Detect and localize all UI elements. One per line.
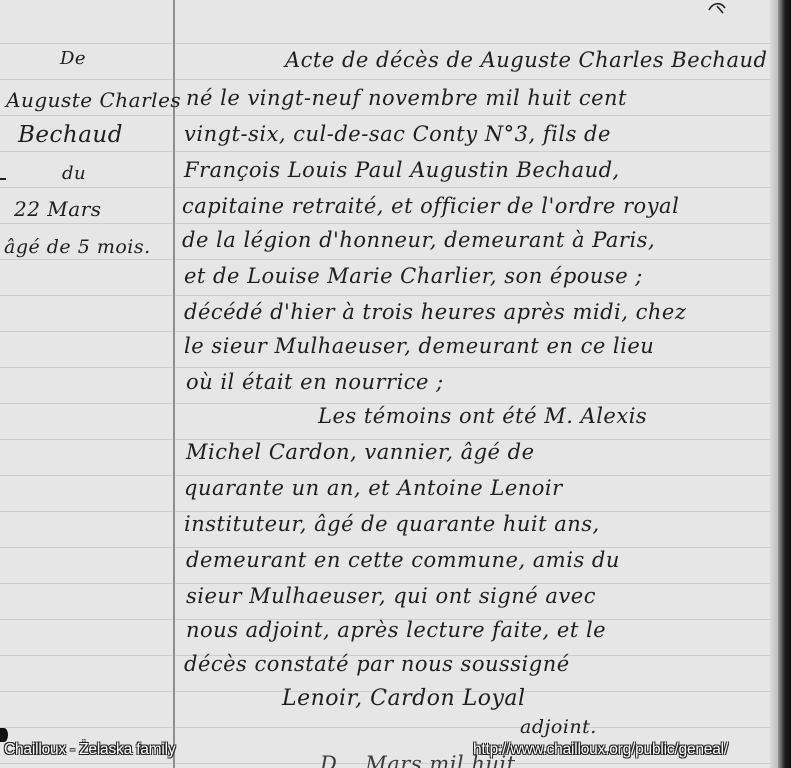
entry-line: sieur Mulhaeuser, qui ont signé avec: [186, 584, 596, 608]
watermark-url: http://www.chailloux.org/public/geneal/: [473, 741, 728, 759]
entry-line: quarante un an, et Antoine Lenoir: [184, 476, 563, 500]
entry-line: demeurant en cette commune, amis du: [186, 548, 620, 572]
margin-tick: [0, 178, 6, 180]
margin-line: âgé de 5 mois.: [4, 236, 151, 258]
margin-rule: [173, 0, 175, 768]
corner-ink-mark: [703, 0, 733, 14]
entry-line: et de Louise Marie Charlier, son épouse …: [184, 264, 643, 288]
entry-line: capitaine retraité, et officier de l'ord…: [182, 194, 679, 218]
entry-line: de la légion d'honneur, demeurant à Pari…: [182, 228, 655, 252]
signatures-line: Lenoir, Cardon Loyal: [282, 686, 526, 711]
register-page: De Auguste Charles Bechaud du 22 Mars âg…: [0, 0, 778, 768]
ink-blot: [0, 728, 8, 742]
entry-line: François Louis Paul Augustin Bechaud,: [184, 158, 620, 182]
margin-line: du: [62, 163, 86, 184]
entry-line: nous adjoint, après lecture faite, et le: [186, 618, 606, 642]
margin-line: Auguste Charles: [6, 88, 181, 112]
margin-line: 22 Mars: [14, 197, 102, 221]
page-gutter-shadow: [770, 0, 778, 768]
entry-line: Les témoins ont été M. Alexis: [318, 404, 647, 428]
entry-line: où il était en nourrice ;: [186, 370, 444, 394]
entry-line: instituteur, âgé de quarante huit ans,: [184, 512, 600, 536]
entry-line: vingt-six, cul-de-sac Conty N°3, fils de: [184, 122, 611, 146]
entry-line: décédé d'hier à trois heures après midi,…: [184, 300, 686, 324]
page-edge: [778, 0, 791, 768]
entry-title-line: Acte de décès de Auguste Charles Bechaud: [285, 48, 767, 72]
watermark-family: Chailloux - Żelaska family: [4, 741, 175, 759]
entry-line: décès constaté par nous soussigné: [184, 652, 570, 676]
adjoint-label: adjoint.: [520, 716, 597, 738]
entry-line: Michel Cardon, vannier, âgé de: [186, 440, 535, 464]
margin-line: De: [60, 48, 86, 69]
margin-line: Bechaud: [18, 122, 123, 148]
entry-line: le sieur Mulhaeuser, demeurant en ce lie…: [184, 334, 654, 358]
entry-line: né le vingt-neuf novembre mil huit cent: [186, 86, 627, 110]
